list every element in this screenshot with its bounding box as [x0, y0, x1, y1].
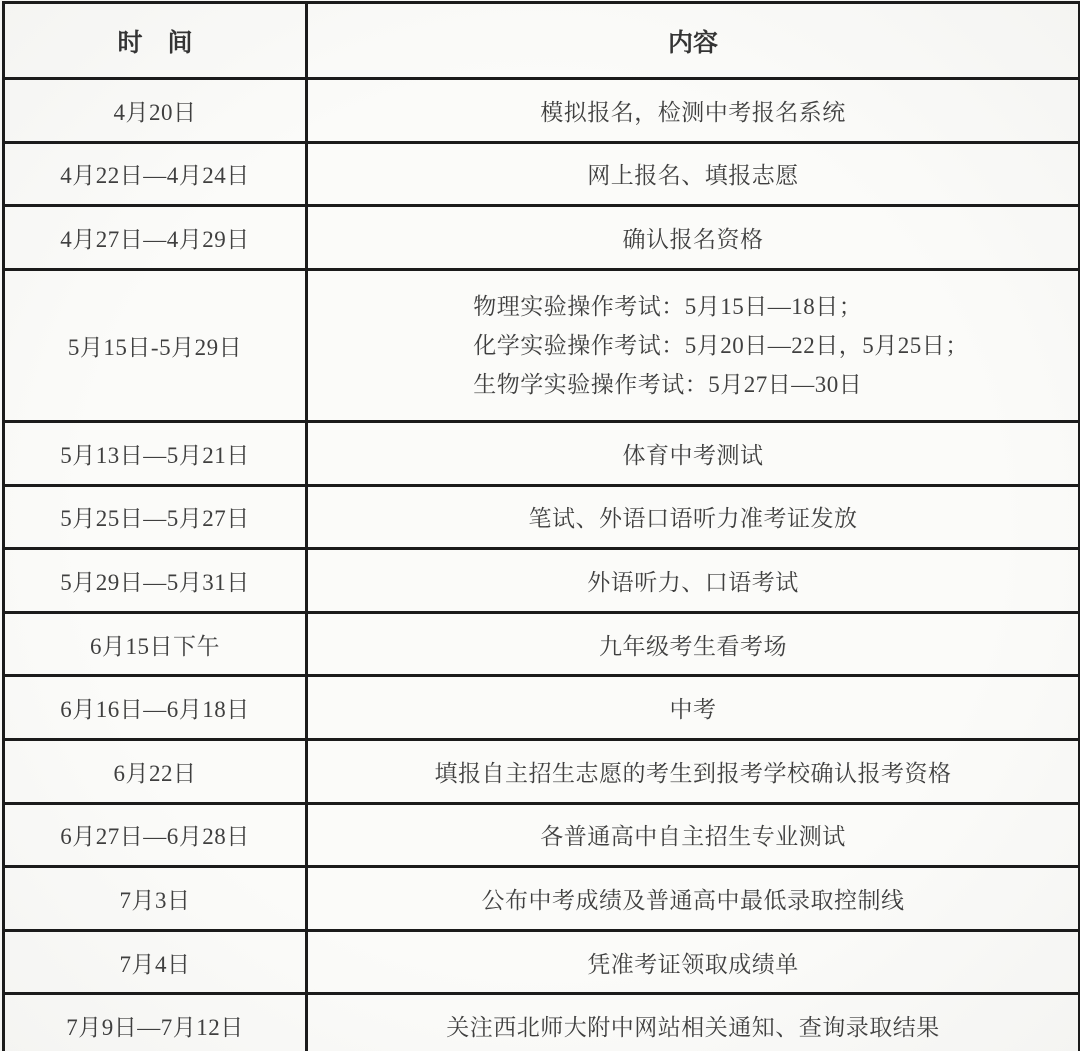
time-cell: 6月22日: [4, 740, 307, 804]
table-row: 6月16日—6月18日 中考: [4, 676, 1080, 740]
table-row: 5月13日—5月21日 体育中考测试: [4, 422, 1080, 486]
time-cell: 4月27日—4月29日: [4, 206, 307, 270]
time-cell: 4月22日—4月24日: [4, 142, 307, 206]
time-cell: 5月29日—5月31日: [4, 549, 307, 613]
time-cell: 5月25日—5月27日: [4, 485, 307, 549]
table-row: 4月22日—4月24日 网上报名、填报志愿: [4, 142, 1080, 206]
time-cell: 6月15日下午: [4, 612, 307, 676]
table-row: 6月27日—6月28日 各普通高中自主招生专业测试: [4, 803, 1080, 867]
schedule-table: 时 间 内容 4月20日 模拟报名，检测中考报名系统 4月22日—4月24日 网…: [2, 1, 1080, 1051]
table-row: 7月9日—7月12日 关注西北师大附中网站相关通知、查询录取结果: [4, 994, 1080, 1051]
content-cell: 关注西北师大附中网站相关通知、查询录取结果: [307, 994, 1080, 1051]
col-header-time: 时 间: [4, 3, 307, 79]
content-line: 生物学实验操作考试：5月27日—30日: [473, 365, 969, 404]
content-cell: 模拟报名，检测中考报名系统: [307, 79, 1080, 143]
content-cell: 中考: [307, 676, 1080, 740]
schedule-body: 4月20日 模拟报名，检测中考报名系统 4月22日—4月24日 网上报名、填报志…: [4, 79, 1080, 1051]
time-cell: 5月13日—5月21日: [4, 422, 307, 486]
content-cell: 外语听力、口语考试: [307, 549, 1080, 613]
time-cell: 5月15日-5月29日: [4, 269, 307, 421]
time-cell: 7月9日—7月12日: [4, 994, 307, 1051]
table-row: 7月4日 凭准考证领取成绩单: [4, 930, 1080, 994]
time-cell: 4月20日: [4, 79, 307, 143]
table-row: 5月29日—5月31日 外语听力、口语考试: [4, 549, 1080, 613]
content-cell: 填报自主招生志愿的考生到报考学校确认报考资格: [307, 740, 1080, 804]
time-cell: 6月16日—6月18日: [4, 676, 307, 740]
col-header-content: 内容: [307, 3, 1080, 79]
content-cell: 各普通高中自主招生专业测试: [307, 803, 1080, 867]
time-cell: 7月3日: [4, 867, 307, 931]
schedule-header: 时 间 内容: [4, 3, 1080, 79]
table-row: 4月20日 模拟报名，检测中考报名系统: [4, 79, 1080, 143]
time-cell: 6月27日—6月28日: [4, 803, 307, 867]
table-row: 5月15日-5月29日 物理实验操作考试：5月15日—18日；化学实验操作考试：…: [4, 269, 1080, 421]
content-multiline-block: 物理实验操作考试：5月15日—18日；化学实验操作考试：5月20日—22日，5月…: [473, 287, 969, 404]
scanned-schedule-page: 时 间 内容 4月20日 模拟报名，检测中考报名系统 4月22日—4月24日 网…: [0, 0, 1080, 1051]
content-cell: 公布中考成绩及普通高中最低录取控制线: [307, 867, 1080, 931]
table-row: 7月3日 公布中考成绩及普通高中最低录取控制线: [4, 867, 1080, 931]
content-cell: 凭准考证领取成绩单: [307, 930, 1080, 994]
table-row: 5月25日—5月27日 笔试、外语口语听力准考证发放: [4, 485, 1080, 549]
content-cell: 物理实验操作考试：5月15日—18日；化学实验操作考试：5月20日—22日，5月…: [307, 269, 1080, 421]
content-cell: 体育中考测试: [307, 422, 1080, 486]
table-row: 6月22日 填报自主招生志愿的考生到报考学校确认报考资格: [4, 740, 1080, 804]
header-row: 时 间 内容: [4, 3, 1080, 79]
content-line: 物理实验操作考试：5月15日—18日；: [473, 287, 969, 326]
content-cell: 确认报名资格: [307, 206, 1080, 270]
content-cell: 九年级考生看考场: [307, 612, 1080, 676]
time-cell: 7月4日: [4, 930, 307, 994]
table-row: 4月27日—4月29日 确认报名资格: [4, 206, 1080, 270]
content-cell: 网上报名、填报志愿: [307, 142, 1080, 206]
content-line: 化学实验操作考试：5月20日—22日，5月25日；: [473, 326, 969, 365]
table-row: 6月15日下午 九年级考生看考场: [4, 612, 1080, 676]
content-cell: 笔试、外语口语听力准考证发放: [307, 485, 1080, 549]
